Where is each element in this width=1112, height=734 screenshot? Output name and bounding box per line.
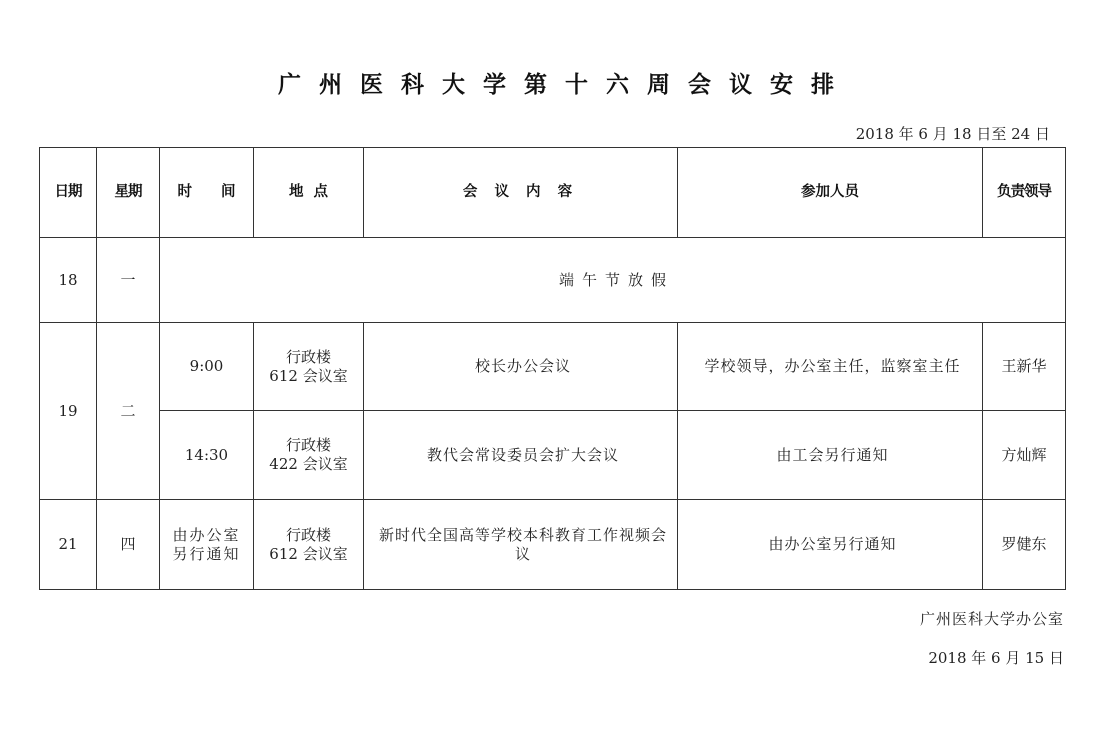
- cell-weekday: 四: [97, 500, 160, 590]
- table-row-19-meeting-1: 19 二 9:00 行政楼 612 会议室 校长办公会议 学校领导，办公室主任，…: [40, 323, 1066, 411]
- location-building: 行政楼: [254, 526, 363, 545]
- cell-leader: 方灿辉: [983, 411, 1066, 500]
- document-title: 广州医科大学第十六周会议安排: [0, 66, 1112, 99]
- header-weekday: 星期: [97, 148, 160, 238]
- date-range: 2018 年 6 月 18 日至 24 日: [856, 123, 1050, 144]
- header-content: 会 议 内 容: [364, 148, 678, 238]
- table-row-21: 21 四 由办公室 另行通知 行政楼 612 会议室 新时代全国高等学校本科教育…: [40, 500, 1066, 590]
- cell-attendees: 由工会另行通知: [678, 411, 983, 500]
- cell-attendees: 由办公室另行通知: [678, 500, 983, 590]
- cell-time: 9:00: [160, 323, 254, 411]
- location-building: 行政楼: [254, 348, 363, 367]
- cell-holiday: 端午节放假: [160, 238, 1066, 323]
- time-line-2: 另行通知: [160, 545, 253, 564]
- cell-weekday: 一: [97, 238, 160, 323]
- header-date: 日期: [40, 148, 97, 238]
- location-room: 422 会议室: [254, 455, 363, 474]
- table-row-19-meeting-2: 14:30 行政楼 422 会议室 教代会常设委员会扩大会议 由工会另行通知 方…: [40, 411, 1066, 500]
- time-line-1: 由办公室: [160, 526, 253, 545]
- cell-time: 由办公室 另行通知: [160, 500, 254, 590]
- location-building: 行政楼: [254, 436, 363, 455]
- footer-date: 2018 年 6 月 15 日: [928, 647, 1064, 668]
- cell-date: 19: [40, 323, 97, 500]
- cell-weekday: 二: [97, 323, 160, 500]
- cell-date: 21: [40, 500, 97, 590]
- header-leader: 负责领导: [983, 148, 1066, 238]
- cell-content: 新时代全国高等学校本科教育工作视频会议: [364, 500, 678, 590]
- cell-attendees: 学校领导，办公室主任，监察室主任: [678, 323, 983, 411]
- cell-time: 14:30: [160, 411, 254, 500]
- cell-location: 行政楼 612 会议室: [254, 500, 364, 590]
- header-location: 地 点: [254, 148, 364, 238]
- header-attendees: 参加人员: [678, 148, 983, 238]
- meeting-schedule-table: 日期 星期 时 间 地 点 会 议 内 容 参加人员 负责领导 18 一 端午节…: [39, 147, 1066, 590]
- location-room: 612 会议室: [254, 545, 363, 564]
- table-row-18: 18 一 端午节放假: [40, 238, 1066, 323]
- cell-content: 校长办公会议: [364, 323, 678, 411]
- cell-content: 教代会常设委员会扩大会议: [364, 411, 678, 500]
- location-room: 612 会议室: [254, 367, 363, 386]
- cell-leader: 罗健东: [983, 500, 1066, 590]
- header-time: 时 间: [160, 148, 254, 238]
- cell-date: 18: [40, 238, 97, 323]
- cell-location: 行政楼 612 会议室: [254, 323, 364, 411]
- cell-location: 行政楼 422 会议室: [254, 411, 364, 500]
- cell-leader: 王新华: [983, 323, 1066, 411]
- footer-organization: 广州医科大学办公室: [920, 608, 1064, 629]
- header-row: 日期 星期 时 间 地 点 会 议 内 容 参加人员 负责领导: [40, 148, 1066, 238]
